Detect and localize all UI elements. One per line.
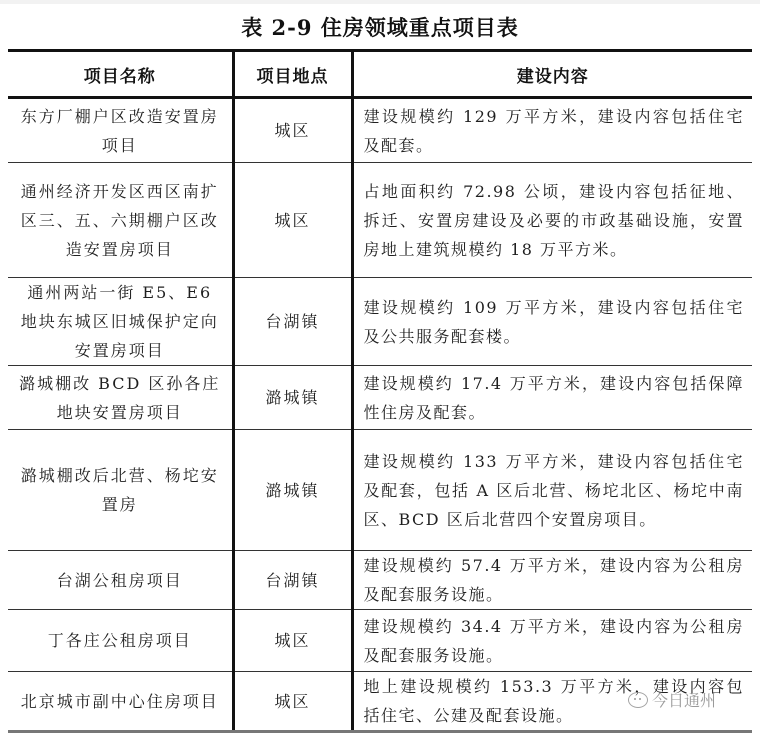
table-row: 通州经济开发区西区南扩区三、五、六期棚户区改造安置房项目 城区 占地面积约 72… — [8, 163, 752, 278]
housing-projects-table: 项目名称 项目地点 建设内容 东方厂棚户区改造安置房项目 城区 建设规模约 12… — [8, 49, 752, 733]
project-name: 台湖公租房项目 — [8, 551, 233, 610]
project-location: 潞城镇 — [233, 366, 352, 430]
project-content: 地上建设规模约 153.3 万平方米，建设内容包括住宅、公建及配套设施。 — [352, 672, 752, 732]
table-row: 通州两站一街 E5、E6 地块东城区旧城保护定向安置房项目 台湖镇 建设规模约 … — [8, 278, 752, 366]
project-content: 建设规模约 17.4 万平方米，建设内容包括保障性住房及配套。 — [352, 366, 752, 430]
table-row: 北京城市副中心住房项目 城区 地上建设规模约 153.3 万平方米，建设内容包括… — [8, 672, 752, 732]
project-location: 城区 — [233, 672, 352, 732]
project-name: 北京城市副中心住房项目 — [8, 672, 233, 732]
project-name: 丁各庄公租房项目 — [8, 610, 233, 672]
project-location: 潞城镇 — [233, 430, 352, 551]
project-location: 台湖镇 — [233, 278, 352, 366]
project-content: 建设规模约 129 万平方米，建设内容包括住宅及配套。 — [352, 98, 752, 163]
table-row: 东方厂棚户区改造安置房项目 城区 建设规模约 129 万平方米，建设内容包括住宅… — [8, 98, 752, 163]
header-project-name: 项目名称 — [8, 51, 233, 98]
table-row: 潞城棚改后北营、杨坨安置房 潞城镇 建设规模约 133 万平方米，建设内容包括住… — [8, 430, 752, 551]
project-name: 潞城棚改后北营、杨坨安置房 — [8, 430, 233, 551]
project-name: 潞城棚改 BCD 区孙各庄地块安置房项目 — [8, 366, 233, 430]
project-name: 通州两站一街 E5、E6 地块东城区旧城保护定向安置房项目 — [8, 278, 233, 366]
table-row: 丁各庄公租房项目 城区 建设规模约 34.4 万平方米，建设内容为公租房及配套服… — [8, 610, 752, 672]
project-location: 城区 — [233, 163, 352, 278]
project-content: 建设规模约 57.4 万平方米，建设内容为公租房及配套服务设施。 — [352, 551, 752, 610]
project-content: 建设规模约 133 万平方米，建设内容包括住宅及配套，包括 A 区后北营、杨坨北… — [352, 430, 752, 551]
top-edge — [0, 0, 760, 4]
project-content: 占地面积约 72.98 公顷，建设内容包括征地、拆迁、安置房建设及必要的市政基础… — [352, 163, 752, 278]
project-location: 台湖镇 — [233, 551, 352, 610]
project-location: 城区 — [233, 98, 352, 163]
project-content: 建设规模约 34.4 万平方米，建设内容为公租房及配套服务设施。 — [352, 610, 752, 672]
project-name: 东方厂棚户区改造安置房项目 — [8, 98, 233, 163]
table-header-row: 项目名称 项目地点 建设内容 — [8, 51, 752, 98]
project-location: 城区 — [233, 610, 352, 672]
table-title: 表 2-9 住房领域重点项目表 — [0, 12, 760, 42]
project-content: 建设规模约 109 万平方米，建设内容包括住宅及公共服务配套楼。 — [352, 278, 752, 366]
header-construction-content: 建设内容 — [352, 51, 752, 98]
header-project-location: 项目地点 — [233, 51, 352, 98]
table-row: 潞城棚改 BCD 区孙各庄地块安置房项目 潞城镇 建设规模约 17.4 万平方米… — [8, 366, 752, 430]
project-name: 通州经济开发区西区南扩区三、五、六期棚户区改造安置房项目 — [8, 163, 233, 278]
table-row: 台湖公租房项目 台湖镇 建设规模约 57.4 万平方米，建设内容为公租房及配套服… — [8, 551, 752, 610]
